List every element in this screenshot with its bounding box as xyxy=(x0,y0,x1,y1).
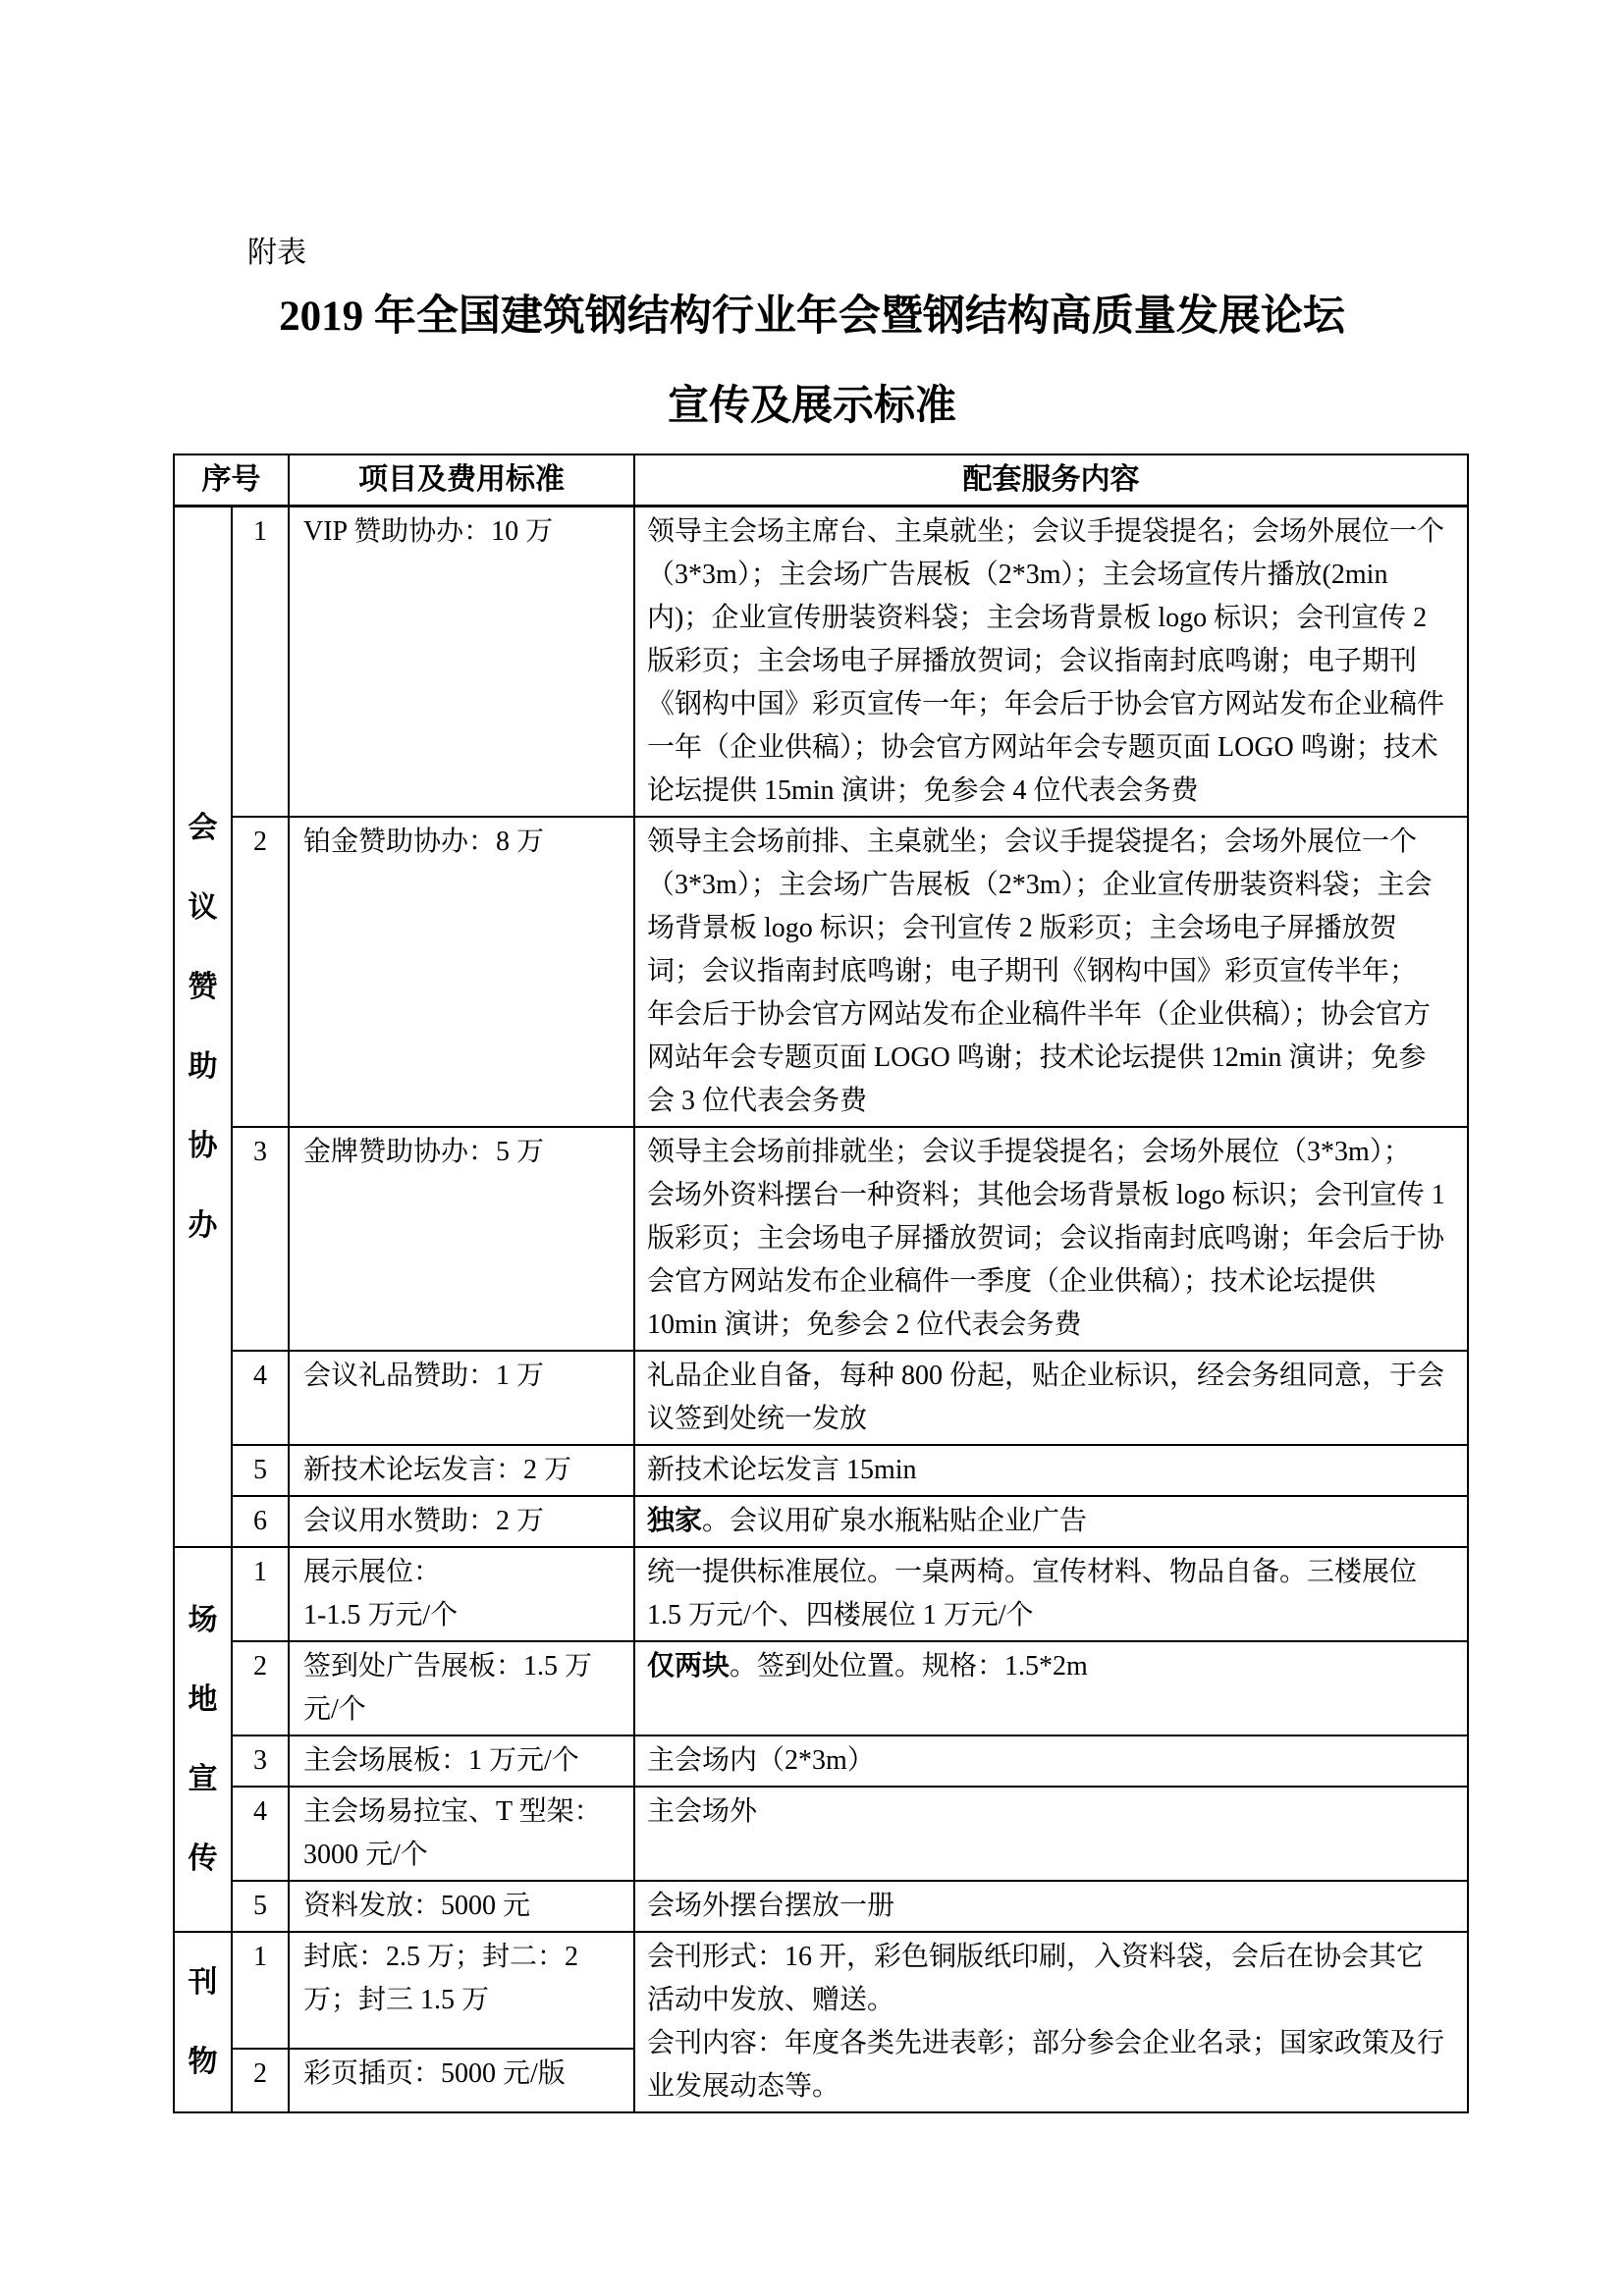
table-row: 4主会场易拉宝、T 型架：3000 元/个主会场外 xyxy=(174,1787,1468,1881)
table-row: 3金牌赞助协办：5 万领导主会场前排就坐；会议手提袋提名；会场外展位（3*3m）… xyxy=(174,1127,1468,1351)
content-cell-merged: 会刊形式：16 开，彩色铜版纸印刷，入资料袋，会后在协会其它活动中发放、赠送。会… xyxy=(634,1932,1468,2112)
content-cell: 领导主会场前排就坐；会议手提袋提名；会场外展位（3*3m）； 会场外资料摆台一种… xyxy=(634,1127,1468,1351)
row-number: 4 xyxy=(232,1351,289,1445)
item-cell: 展示展位： 1-1.5 万元/个 xyxy=(289,1547,634,1641)
document-subtitle: 宣传及展示标准 xyxy=(0,383,1624,430)
row-number: 2 xyxy=(232,817,289,1127)
section-group-label: 刊 物 xyxy=(174,1932,232,2112)
standards-table: 序号 项目及费用标准 配套服务内容 会 议 赞 助 协 办1VIP 赞助协办：1… xyxy=(173,454,1469,2113)
table-row: 5资料发放：5000 元会场外摆台摆放一册 xyxy=(174,1881,1468,1932)
item-cell: 主会场展板：1 万元/个 xyxy=(289,1735,634,1787)
content-cell: 主会场外 xyxy=(634,1787,1468,1881)
section-group-label: 会 议 赞 助 协 办 xyxy=(174,507,232,1548)
content-cell: 新技术论坛发言 15min xyxy=(634,1445,1468,1496)
row-number: 1 xyxy=(232,507,289,818)
table-row: 场 地 宣 传1展示展位： 1-1.5 万元/个统一提供标准展位。一桌两椅。宣传… xyxy=(174,1547,1468,1641)
column-header-content: 配套服务内容 xyxy=(634,454,1468,507)
table-row: 3主会场展板：1 万元/个主会场内（2*3m） xyxy=(174,1735,1468,1787)
table-row: 刊 物1封底：2.5 万；封二：2 万；封三 1.5 万会刊形式：16 开，彩色… xyxy=(174,1932,1468,2049)
row-number: 2 xyxy=(232,2049,289,2112)
row-number: 1 xyxy=(232,1932,289,2049)
row-number: 5 xyxy=(232,1445,289,1496)
merged-content-paragraph: 会刊内容：年度各类先进表彰；部分参会企业名录；国家政策及行业发展动态等。 xyxy=(647,2022,1447,2109)
table-row: 2铂金赞助协办：8 万领导主会场前排、主桌就坐；会议手提袋提名；会场外展位一个（… xyxy=(174,817,1468,1127)
item-cell: 金牌赞助协办：5 万 xyxy=(289,1127,634,1351)
column-header-no: 序号 xyxy=(174,454,289,507)
item-cell: 会议礼品赞助：1 万 xyxy=(289,1351,634,1445)
item-cell: 会议用水赞助：2 万 xyxy=(289,1496,634,1547)
row-number: 4 xyxy=(232,1787,289,1881)
content-cell: 会场外摆台摆放一册 xyxy=(634,1881,1468,1932)
item-cell: 彩页插页：5000 元/版 xyxy=(289,2049,634,2112)
item-cell: 新技术论坛发言：2 万 xyxy=(289,1445,634,1496)
table-row: 6会议用水赞助：2 万独家。会议用矿泉水瓶粘贴企业广告 xyxy=(174,1496,1468,1547)
table-row: 5新技术论坛发言：2 万新技术论坛发言 15min xyxy=(174,1445,1468,1496)
row-number: 5 xyxy=(232,1881,289,1932)
content-cell: 礼品企业自备，每种 800 份起，贴企业标识，经会务组同意，于会议签到处统一发放 xyxy=(634,1351,1468,1445)
row-number: 1 xyxy=(232,1547,289,1641)
table-row: 2签到处广告展板：1.5 万元/个仅两块。签到处位置。规格：1.5*2m xyxy=(174,1641,1468,1735)
content-cell: 主会场内（2*3m） xyxy=(634,1735,1468,1787)
content-cell: 仅两块。签到处位置。规格：1.5*2m xyxy=(634,1641,1468,1735)
table-row: 4会议礼品赞助：1 万礼品企业自备，每种 800 份起，贴企业标识，经会务组同意… xyxy=(174,1351,1468,1445)
content-cell: 独家。会议用矿泉水瓶粘贴企业广告 xyxy=(634,1496,1468,1547)
document-title: 2019 年全国建筑钢结构行业年会暨钢结构高质量发展论坛 xyxy=(0,293,1624,342)
content-bold-prefix: 独家 xyxy=(647,1506,702,1536)
merged-content-paragraph: 会刊形式：16 开，彩色铜版纸印刷，入资料袋，会后在协会其它活动中发放、赠送。 xyxy=(647,1936,1447,2022)
table-header-row: 序号 项目及费用标准 配套服务内容 xyxy=(174,454,1468,507)
column-header-item: 项目及费用标准 xyxy=(289,454,634,507)
item-cell: 签到处广告展板：1.5 万元/个 xyxy=(289,1641,634,1735)
row-number: 3 xyxy=(232,1735,289,1787)
attachment-label: 附表 xyxy=(247,0,1624,271)
item-cell: 主会场易拉宝、T 型架：3000 元/个 xyxy=(289,1787,634,1881)
content-bold-prefix: 仅两块 xyxy=(647,1651,730,1682)
document-page: 附表 2019 年全国建筑钢结构行业年会暨钢结构高质量发展论坛 宣传及展示标准 … xyxy=(0,0,1624,2296)
item-cell: VIP 赞助协办：10 万 xyxy=(289,507,634,818)
section-group-label: 场 地 宣 传 xyxy=(174,1547,232,1932)
content-cell: 领导主会场前排、主桌就坐；会议手提袋提名；会场外展位一个（3*3m）；主会场广告… xyxy=(634,817,1468,1127)
item-cell: 资料发放：5000 元 xyxy=(289,1881,634,1932)
item-cell: 铂金赞助协办：8 万 xyxy=(289,817,634,1127)
row-number: 2 xyxy=(232,1641,289,1735)
table-row: 会 议 赞 助 协 办1VIP 赞助协办：10 万领导主会场主席台、主桌就坐；会… xyxy=(174,507,1468,818)
item-cell: 封底：2.5 万；封二：2 万；封三 1.5 万 xyxy=(289,1932,634,2049)
content-cell: 统一提供标准展位。一桌两椅。宣传材料、物品自备。三楼展位 1.5 万元/个、四楼… xyxy=(634,1547,1468,1641)
row-number: 6 xyxy=(232,1496,289,1547)
row-number: 3 xyxy=(232,1127,289,1351)
content-cell: 领导主会场主席台、主桌就坐；会议手提袋提名；会场外展位一个（3*3m）；主会场广… xyxy=(634,507,1468,818)
